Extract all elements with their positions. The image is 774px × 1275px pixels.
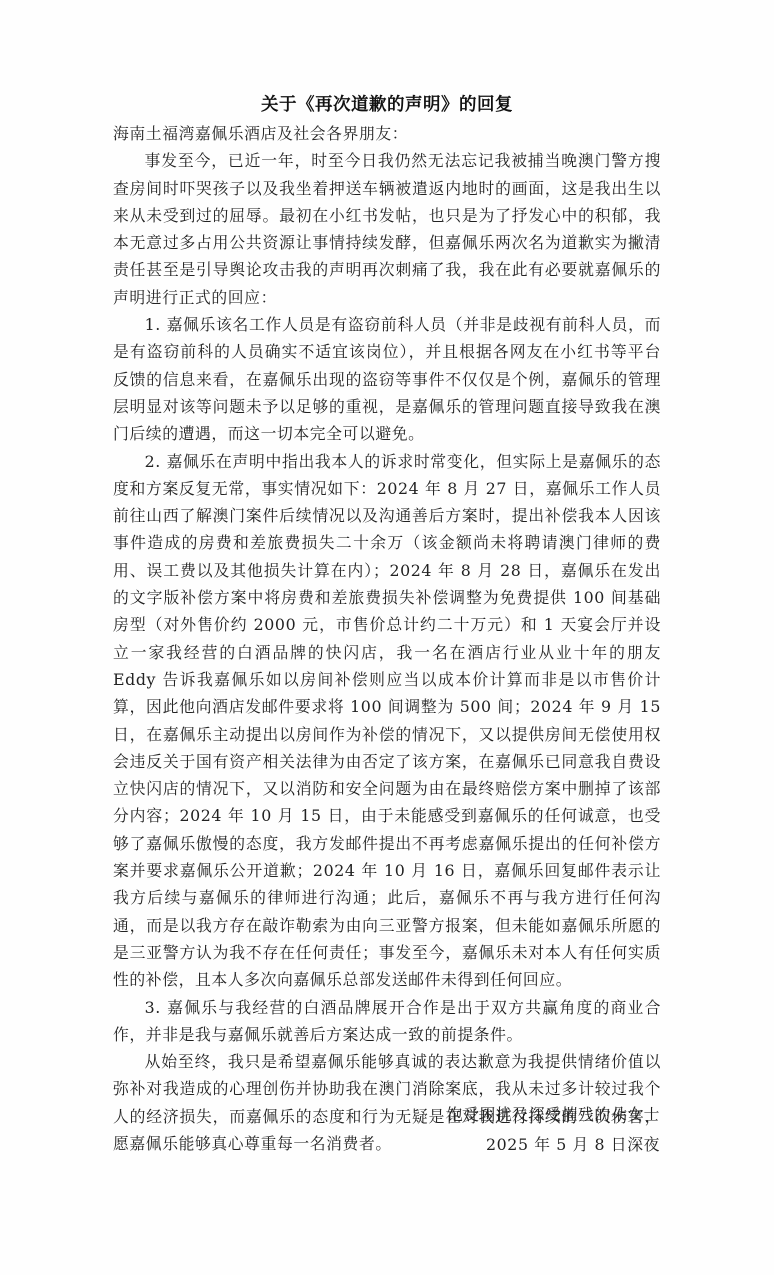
signature-block: 饱受困扰及深受摧残的朵女士 2025 年 5 月 8 日深夜 bbox=[447, 1100, 660, 1160]
document-body: 关于《再次道歉的声明》的回复 海南土福湾嘉佩乐酒店及社会各界朋友： 事发至今，已… bbox=[113, 92, 661, 1157]
paragraph-point-1: 1. 嘉佩乐该名工作人员是有盗窃前科人员（并非是歧视有前科人员，而是有盗窃前科的… bbox=[113, 311, 661, 447]
document-title: 关于《再次道歉的声明》的回复 bbox=[113, 92, 661, 118]
paragraph-point-3: 3. 嘉佩乐与我经营的白酒品牌展开合作是出于双方共赢角度的商业合作，并非是我与嘉… bbox=[113, 994, 661, 1049]
signature-date: 2025 年 5 月 8 日深夜 bbox=[447, 1130, 660, 1160]
paragraph-intro: 事发至今，已近一年，时至今日我仍然无法忘记我被捕当晚澳门警方搜查房间时吓哭孩子以… bbox=[113, 147, 661, 311]
signature-author: 饱受困扰及深受摧残的朵女士 bbox=[447, 1100, 660, 1130]
paragraph-point-2: 2. 嘉佩乐在声明中指出我本人的诉求时常变化，但实际上是嘉佩乐的态度和方案反复无… bbox=[113, 448, 661, 994]
salutation: 海南土福湾嘉佩乐酒店及社会各界朋友： bbox=[113, 120, 661, 147]
